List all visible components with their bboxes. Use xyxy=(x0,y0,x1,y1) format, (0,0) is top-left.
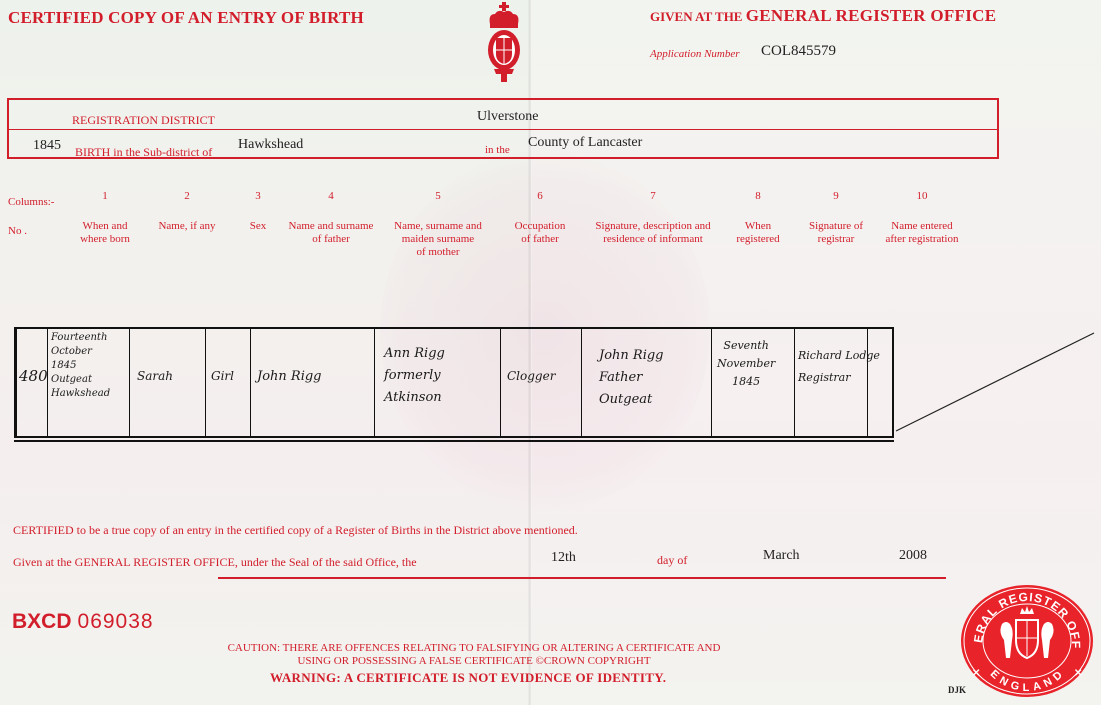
column-number: 6 xyxy=(520,190,560,202)
signature-rule xyxy=(218,577,946,579)
registration-year: 1845 xyxy=(33,138,61,154)
issuer-name: GENERAL REGISTER OFFICE xyxy=(746,6,997,25)
serial-prefix: BXCD xyxy=(12,610,72,633)
serial-number: 069038 xyxy=(78,610,154,633)
column-number: 9 xyxy=(816,190,856,202)
day-of-label: day of xyxy=(657,553,687,568)
svg-text:✕: ✕ xyxy=(972,668,980,679)
registration-divider xyxy=(7,129,999,130)
entry-registrar: Richard Lodge Registrar xyxy=(798,345,880,389)
entry-occupation: Clogger xyxy=(507,369,555,384)
column-divider xyxy=(205,329,206,436)
subdistrict-value: Hawkshead xyxy=(238,137,303,153)
certification-month: March xyxy=(763,548,800,564)
column-divider xyxy=(129,329,130,436)
column-number: 8 xyxy=(738,190,778,202)
column-divider xyxy=(500,329,501,436)
column-divider xyxy=(581,329,582,436)
column-divider xyxy=(250,329,251,436)
column-divider xyxy=(374,329,375,436)
column-divider xyxy=(711,329,712,436)
entry-when-where-born: Fourteenth October 1845 Outgeat Hawkshea… xyxy=(51,331,110,401)
document-title: CERTIFIED COPY OF AN ENTRY OF BIRTH xyxy=(8,8,364,28)
registration-district-label: REGISTRATION DISTRICT xyxy=(72,113,215,128)
royal-crest-icon xyxy=(482,2,526,86)
application-number-value: COL845579 xyxy=(761,43,836,60)
columns-label: Columns:- xyxy=(8,196,54,208)
certificate-serial: BXCD069038 xyxy=(12,610,154,634)
registration-district-value: Ulverstone xyxy=(477,109,538,125)
entry-sex: Girl xyxy=(211,369,234,384)
column-number: 5 xyxy=(418,190,458,202)
entry-name: Sarah xyxy=(137,369,173,384)
warning-notice: WARNING: A CERTIFICATE IS NOT EVIDENCE O… xyxy=(270,670,666,686)
entry-mother: Ann Rigg formerly Atkinson xyxy=(384,343,445,409)
subdistrict-label: BIRTH in the Sub-district of xyxy=(75,145,212,160)
issuer-line: GIVEN AT THE GENERAL REGISTER OFFICE xyxy=(650,6,996,26)
column-number: 4 xyxy=(311,190,351,202)
issuer-prefix: GIVEN AT THE xyxy=(650,9,742,24)
caution-notice: CAUTION: THERE ARE OFFENCES RELATING TO … xyxy=(218,642,730,668)
no-label: No . xyxy=(8,225,27,237)
certification-day: 12th xyxy=(551,550,576,566)
given-at-statement: Given at the GENERAL REGISTER OFFICE, un… xyxy=(13,555,417,570)
table-bottom-rule xyxy=(14,440,894,442)
column-number: 7 xyxy=(633,190,673,202)
application-number-label: Application Number xyxy=(650,48,740,60)
column-number: 3 xyxy=(238,190,278,202)
in-the-label: in the xyxy=(485,144,510,156)
entry-number: 480 xyxy=(19,369,48,384)
general-register-office-seal-icon: GENERAL REGISTER OFFICE ENGLAND ✕ ✕ xyxy=(960,584,1094,698)
entry-father: John Rigg xyxy=(257,369,322,384)
column-divider xyxy=(794,329,795,436)
certification-statement: CERTIFIED to be a true copy of an entry … xyxy=(13,523,578,538)
entry-when-registered: Seventh November 1845 xyxy=(717,337,775,391)
column-number: 1 xyxy=(85,190,125,202)
entry-informant: John Rigg Father Outgeat xyxy=(599,345,664,411)
column-number: 10 xyxy=(902,190,942,202)
county-value: County of Lancaster xyxy=(528,135,642,151)
column-header: Name entered after registration xyxy=(852,220,992,246)
svg-text:✕: ✕ xyxy=(1074,668,1082,679)
column-number: 2 xyxy=(167,190,207,202)
register-entry-table: 480 Fourteenth October 1845 Outgeat Hawk… xyxy=(14,327,894,438)
certification-year: 2008 xyxy=(899,548,927,564)
